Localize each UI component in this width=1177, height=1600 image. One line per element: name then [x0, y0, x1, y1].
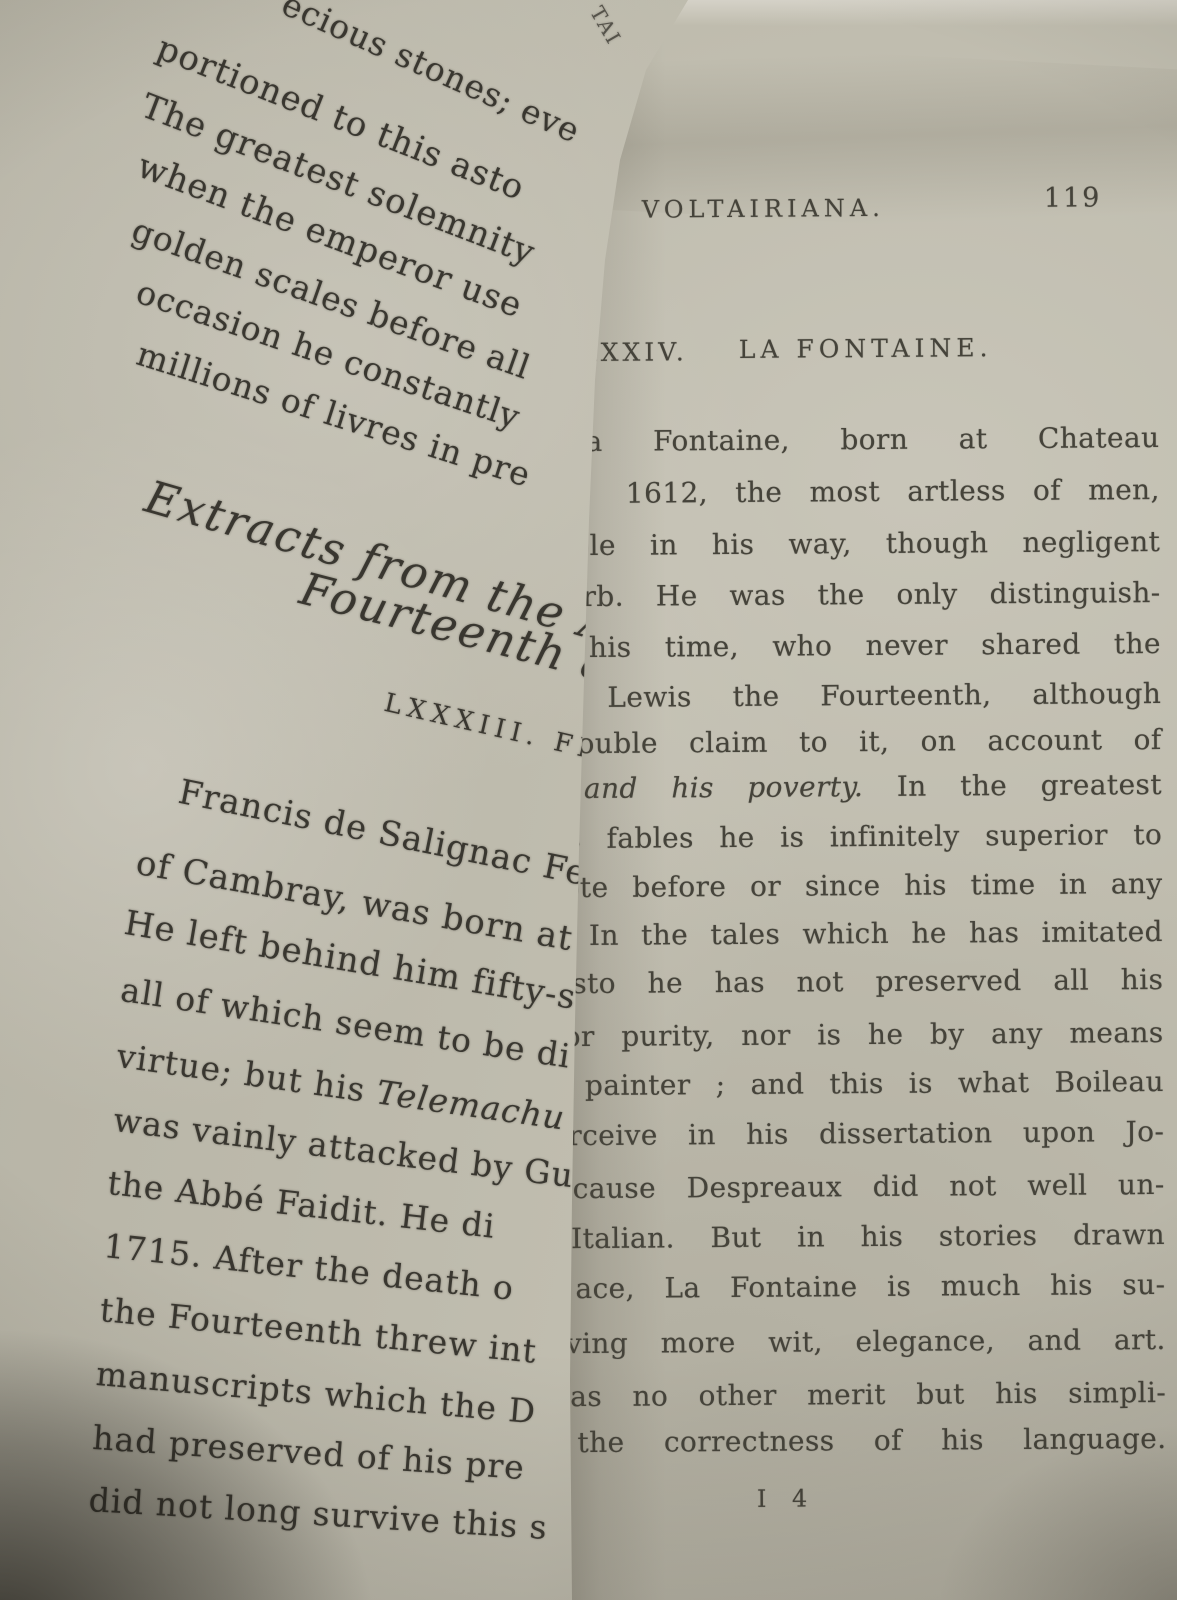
- section-number: LXXXIII. FE: [381, 688, 605, 767]
- text-line: had preserved of his pre: [91, 1418, 526, 1487]
- text-line: ouble claim to it, on account of: [578, 725, 1162, 760]
- text-line: ote before or since his time in any: [563, 869, 1163, 904]
- signature-mark: I 4: [757, 1484, 817, 1512]
- text-line: ble in his way, though negligent: [571, 527, 1160, 562]
- text-line: In the tales which he has imitated: [589, 917, 1163, 952]
- text-line: sto he has not preserved all his: [572, 965, 1163, 1000]
- text-line: ace, La Fontaine is much his su-: [575, 1270, 1165, 1305]
- page-edge-fragment: TAI: [585, 2, 626, 49]
- text-line: the correctness of his language.: [577, 1424, 1166, 1459]
- running-header: VOLTAIRIANA.: [642, 194, 885, 224]
- text-line: s fables he is infinitely superior to: [566, 820, 1162, 855]
- text-line: ving more wit, elegance, and art.: [566, 1325, 1166, 1360]
- text-line: his time, who never shared the: [589, 629, 1161, 664]
- text-line: or purity, nor is he by any means: [564, 1018, 1164, 1053]
- text-line: Italian. But in his stories drawn: [571, 1220, 1165, 1255]
- text-line: did not long survive this s: [88, 1480, 549, 1547]
- text-line: 1612, the most artless of men,: [626, 475, 1160, 510]
- page-number: 119: [1044, 182, 1102, 213]
- text-line: Lewis the Fourteenth, although: [607, 679, 1161, 714]
- text-line: rceive in his dissertation upon Jo-: [568, 1117, 1164, 1152]
- text-line: painter ; and this is what Boileau: [585, 1067, 1164, 1102]
- text-line: manuscripts which the D: [95, 1354, 538, 1431]
- text-line: and his poverty. In the greatest: [584, 770, 1162, 805]
- text-line: cause Despreaux did not well un-: [573, 1170, 1165, 1205]
- section-title: LA FONTAINE.: [739, 333, 993, 364]
- text-line: a Fontaine, born at Chateau: [585, 423, 1159, 458]
- book-photo: VOLTAIRIANA. 119 XXXIV. LA FONTAINE. a F…: [0, 0, 1177, 1600]
- text-line: rb. He was the only distinguish-: [582, 578, 1160, 613]
- text-line: as no other merit but his simpli-: [570, 1378, 1166, 1413]
